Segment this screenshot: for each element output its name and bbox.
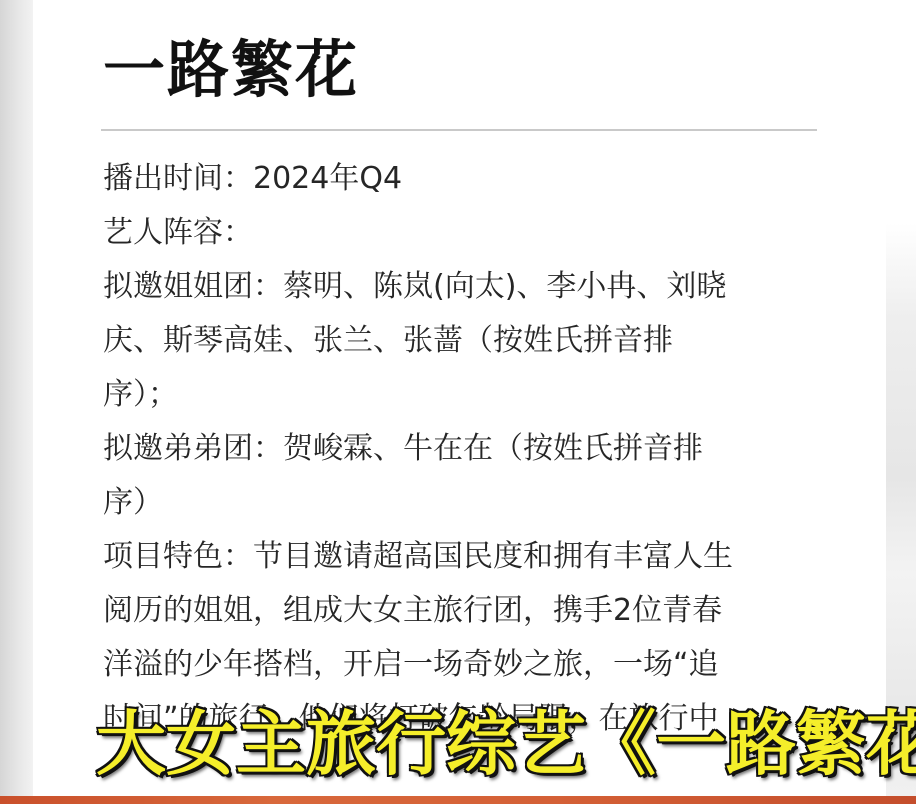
features-line-2: 阅历的姐姐，组成大女主旅行团，携手2位青春 [103, 584, 823, 638]
title-divider [101, 129, 817, 131]
video-subtitle-caption: 大女主旅行综艺《一路繁花》 [96, 702, 816, 786]
sisters-line-1: 拟邀姐姐团：蔡明、陈岚(向太)、李小冉、刘晓 [103, 260, 823, 314]
sisters-line-3: 序）； [103, 368, 823, 422]
sisters-line-2: 庆、斯琴高娃、张兰、张蔷（按姓氏拼音排 [103, 314, 823, 368]
cast-heading-line: 艺人阵容： [103, 206, 823, 260]
bottom-color-strip [0, 796, 916, 804]
document-title: 一路繁花 [103, 30, 359, 110]
document-body: 播出时间：2024年Q4 艺人阵容： 拟邀姐姐团：蔡明、陈岚(向太)、李小冉、刘… [103, 152, 823, 746]
features-line-1: 项目特色：节目邀请超高国民度和拥有丰富人生 [103, 530, 823, 584]
brothers-line-1: 拟邀弟弟团：贺峻霖、牛在在（按姓氏拼音排 [103, 422, 823, 476]
left-blur-border [0, 0, 33, 796]
features-line-3: 洋溢的少年搭档，开启一场奇妙之旅，一场“追 [103, 638, 823, 692]
document-page: 一路繁花 播出时间：2024年Q4 艺人阵容： 拟邀姐姐团：蔡明、陈岚(向太)、… [33, 0, 886, 796]
right-blur-border [886, 0, 916, 796]
air-time-line: 播出时间：2024年Q4 [103, 152, 823, 206]
brothers-line-2: 序） [103, 476, 823, 530]
